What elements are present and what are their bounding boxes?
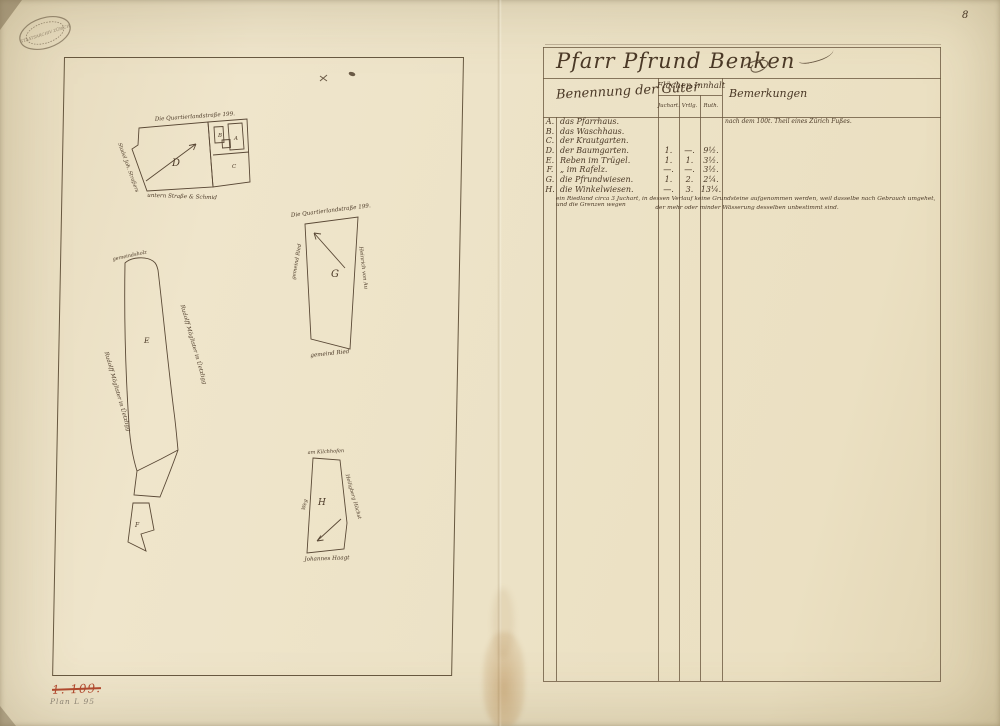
parcel-g-left-label: gemeind Ried [291,243,303,280]
row-vrtlg: —. [679,147,700,156]
row-letter: D. [544,147,556,156]
row-letter: C. [544,137,556,146]
row-name: der Baumgarten. [560,147,629,156]
parcel-h-letter: H [317,498,326,508]
strip-e-top-label: gemeindsholz [112,249,148,262]
parcel-g-outline [305,217,358,349]
row-name: die Winkelwiesen. [560,186,634,195]
row-juchart: 1. [658,176,679,185]
yard-c-letter: C [232,164,237,170]
row-ruth: 13¼. [700,186,722,195]
row-letter: G. [544,176,556,185]
row-letter: A. [544,118,556,127]
title-divider-line [543,78,941,79]
document-title: Pfarr Pfrund Benken [556,50,835,73]
parcel-g-right-label: Heinrich von Au [357,245,368,289]
parcel-d-letter: D [171,158,180,169]
parcel-d-arrow [146,144,196,181]
parcel-h-bottom-label: Johannes Haagt [303,555,350,563]
yard-divider-line [213,152,249,155]
table-border-right [940,47,941,681]
row-vrtlg: 3. [679,186,700,195]
piece-f-outline [128,503,154,551]
parcel-g-top-label: Die Quartierlandstraße 199. [290,203,372,219]
ink-mark [320,71,356,81]
building-a-letter: A [233,136,238,142]
subcolumn-vrtlg: Vrtlg. [679,104,700,110]
column-header-area: Flächen Innhalt [657,82,723,91]
row-name: das Pfarrhaus. [560,118,619,127]
parcel-d-outline [132,122,213,191]
row-name: „ im Rafelz. [560,166,607,175]
archive-red-number: 1. 109. [52,681,101,697]
row-letter: H. [544,186,556,195]
row-vrtlg: —. [679,166,700,175]
row-ruth: 3½. [700,166,722,175]
row-juchart: —. [658,186,679,195]
parcel-g-bottom-label: gemeind Ried [310,349,350,359]
table-footnote-line2: der mehr oder minder Wässerung desselben… [556,205,938,211]
parcel-h-arrow [317,519,341,541]
ruth-column-line [722,78,723,681]
table-border-bottom [543,681,941,682]
parcel-g-arrow [314,233,345,268]
archive-stamp-icon: STAATSARCHIV ZÜRICH [16,11,75,56]
piece-f-letter: F [134,522,140,529]
row-name: der Krautgarten. [560,137,629,146]
parcel-h-top-label: am Kilchhofen [308,448,345,456]
parcel-g-letter: G [331,269,339,280]
row-juchart: —. [658,166,679,175]
row-name: die Pfrundwiesen. [560,176,633,185]
table-border-top-outer [545,44,941,45]
row-vrtlg: 2. [679,176,700,185]
plan-drawing: STAATSARCHIV ZÜRICH D B A C Die Quartier… [0,0,1000,726]
parcel-h-left-label: Weg [301,499,309,511]
row-juchart: 1. [658,147,679,156]
table-border-top [543,47,941,48]
pencil-plan-note: Plan L 95 [50,697,95,706]
document-title-text: Pfarr Pfrund Benken [556,49,795,73]
column-header-remarks: Bemerkungen [729,88,807,100]
row-ruth: 9½. [700,147,722,156]
building-b-letter: B [217,133,222,139]
row-letter: F. [544,166,556,175]
subcolumn-juchart: Juchart. [658,104,679,110]
parcel-h-outline [307,458,347,553]
strip-e-right-label: Rudolff Mäglister in Üetzligg [178,303,208,386]
row-remark: nach dem 100t. Theil eines Zürich Fußes. [725,119,852,126]
strip-e-left-label: Rudolff Mäglister in Üetzligg [102,350,132,433]
scanned-document: 8 STAATSARCHIV ZÜRICH D B A C [0,0,1000,726]
subcolumn-ruth: Ruth. [700,104,722,110]
strip-e-letter: E [143,336,150,345]
strip-e-outline [125,258,178,497]
parcel-d-bottom-label: untern Straße & Schmid [147,193,217,201]
row-ruth: 2¼. [700,176,722,185]
parcel-d-left-label: Stadel Joh. Straßers [116,142,140,193]
